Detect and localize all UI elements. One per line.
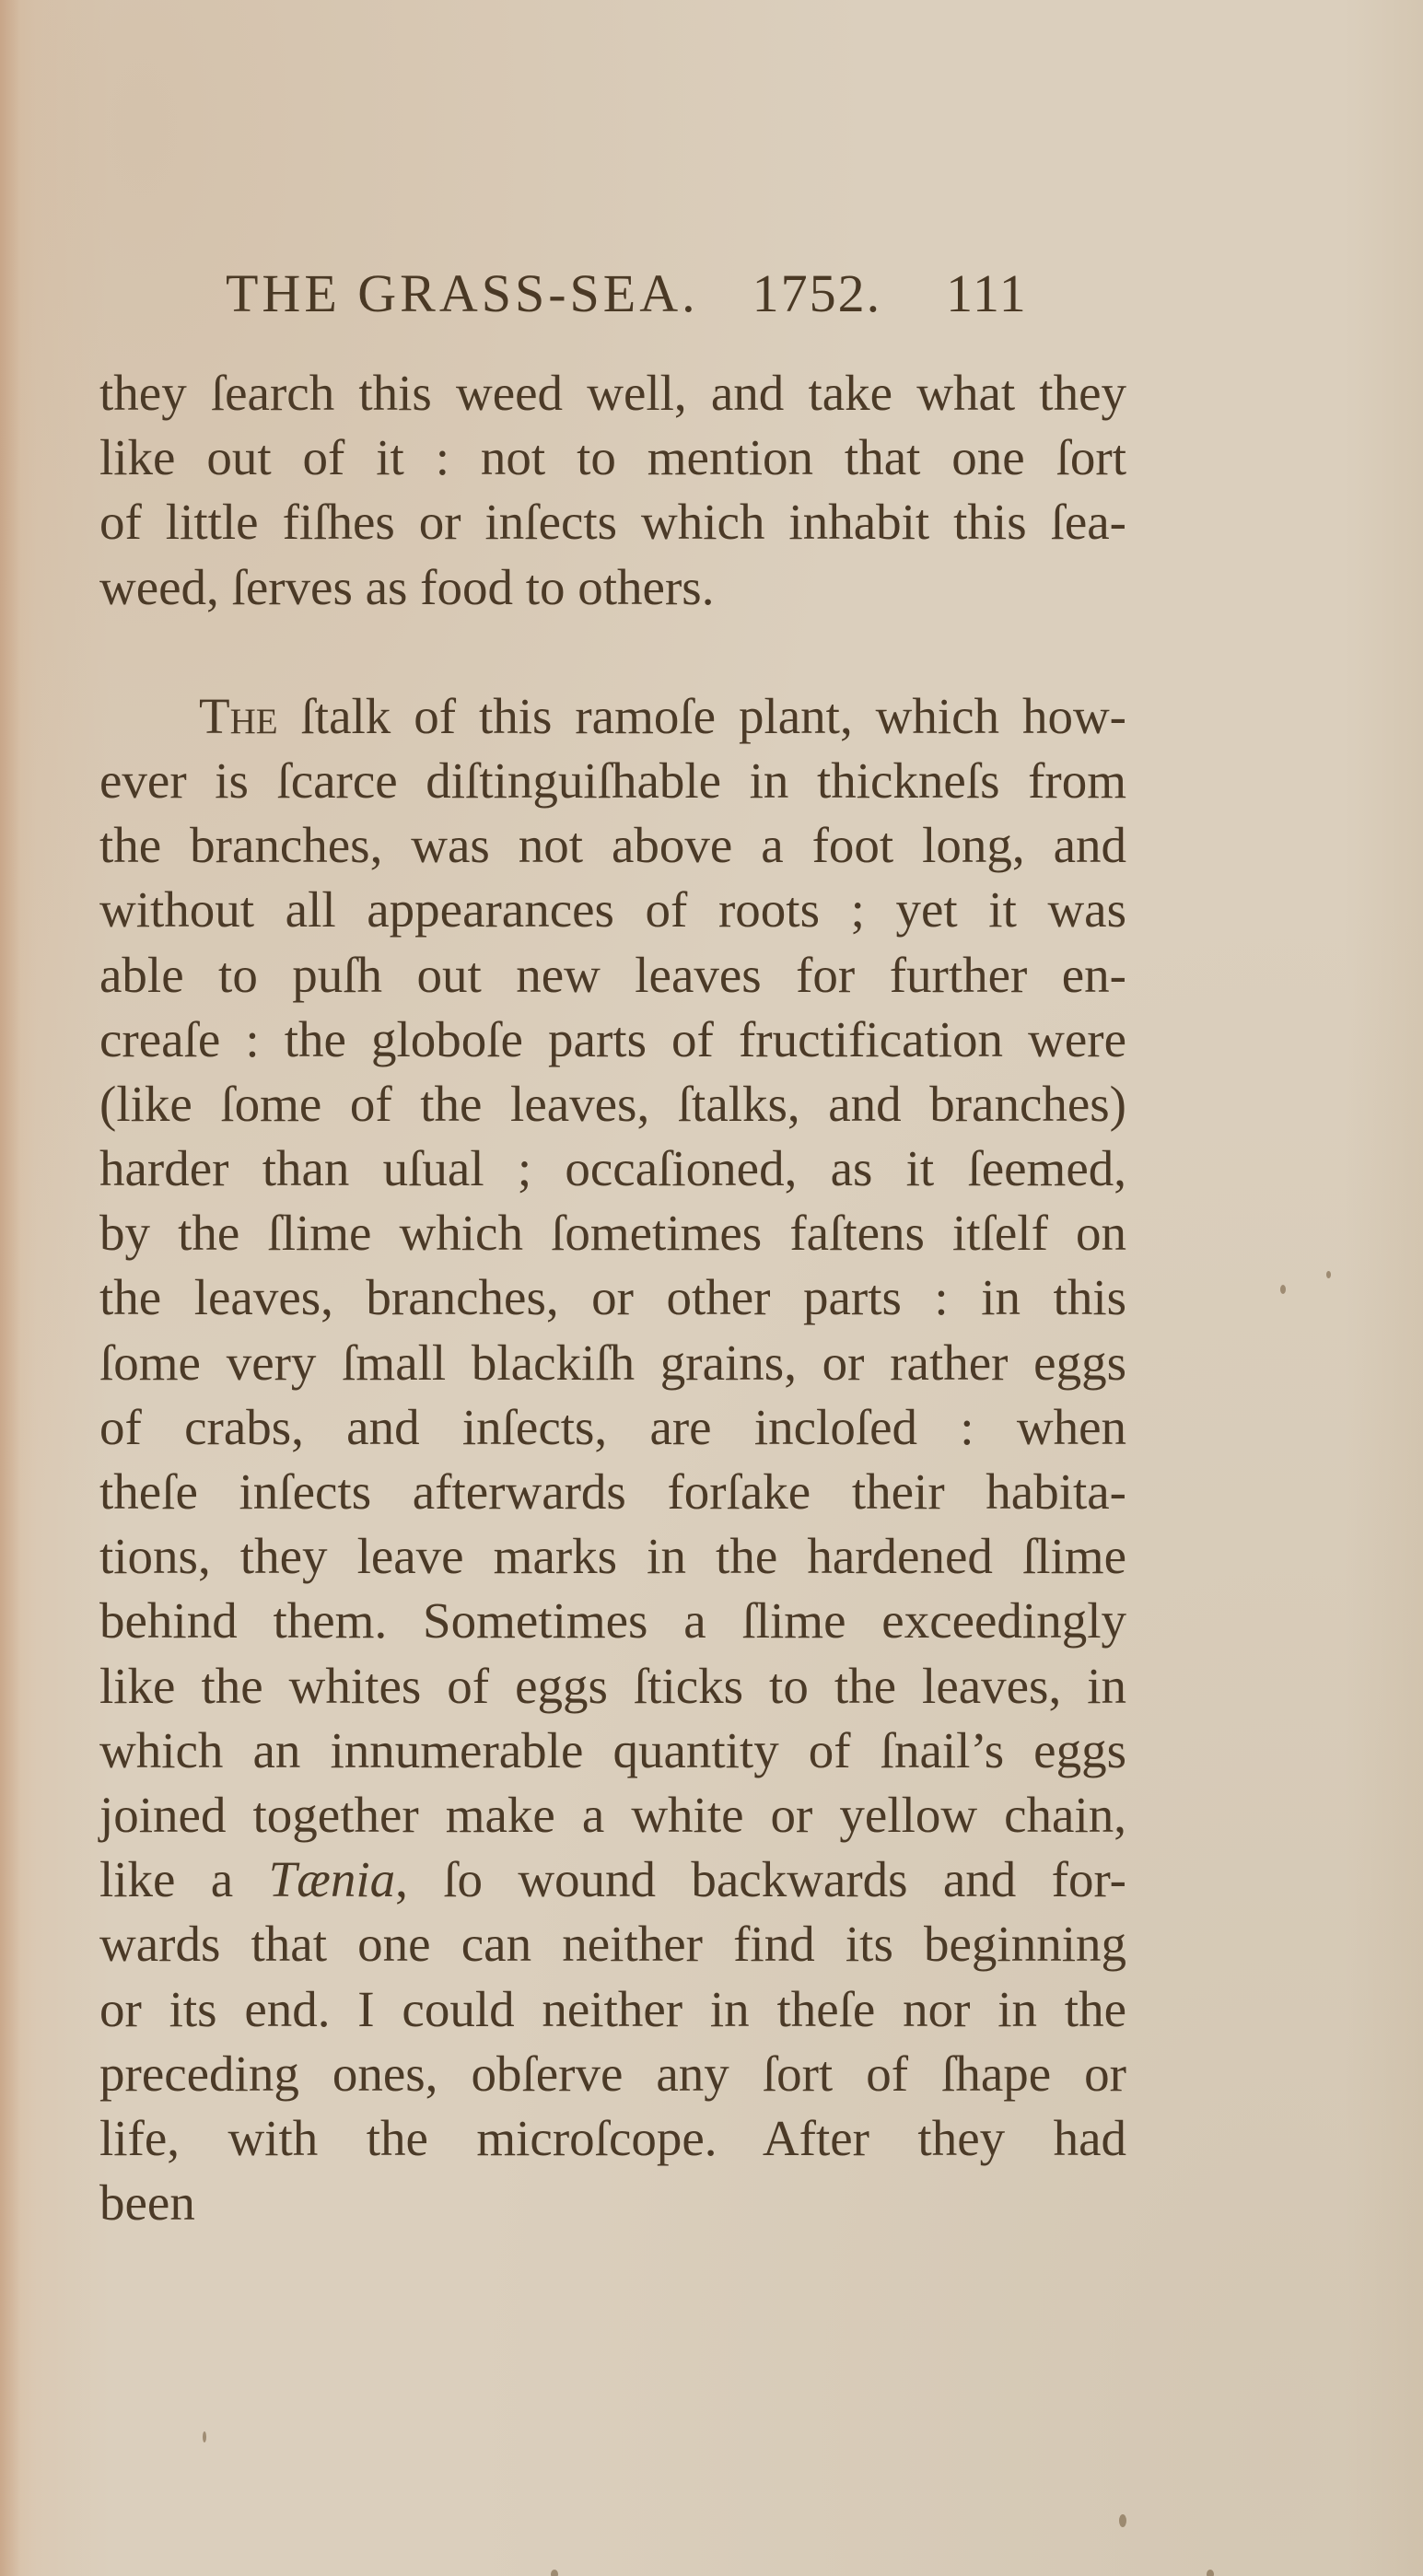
text-line: like out of it : not to mention that one… bbox=[99, 425, 1126, 490]
paragraph-2: The ſtalk of this ramoſe plant, which ho… bbox=[99, 684, 1126, 2171]
paper-speck bbox=[551, 2570, 558, 2576]
running-head: THE GRASS-SEA. 1752. 111 bbox=[226, 262, 1147, 324]
text-line: ever is ſcarce diſtinguiſhable in thickn… bbox=[99, 749, 1126, 813]
paper-speck bbox=[1280, 1285, 1286, 1294]
text-line-first: The ſtalk of this ramoſe plant, which ho… bbox=[99, 684, 1126, 749]
paragraph-gap bbox=[99, 620, 1126, 684]
paper-speck bbox=[1326, 1271, 1331, 1278]
text-line: harder than uſual ; occaſioned, as it ſe… bbox=[99, 1136, 1126, 1201]
text-line: the branches, was not above a foot long,… bbox=[99, 813, 1126, 878]
paper-speck bbox=[203, 2431, 206, 2442]
text-line: tions, they leave marks in the hardened … bbox=[99, 1524, 1126, 1589]
text-line: of crabs, and inſects, are incloſed : wh… bbox=[99, 1395, 1126, 1460]
text-line-taenia: like a Tænia, ſo wound backwards and for… bbox=[99, 1847, 1126, 1912]
text-line: which an innumerable quantity of ſnail’s… bbox=[99, 1719, 1126, 1783]
paper-speck bbox=[1119, 2514, 1126, 2527]
lead-smallcaps: The bbox=[199, 688, 278, 744]
text-line: like the whites of eggs ſticks to the le… bbox=[99, 1654, 1126, 1719]
text-line: the leaves, branches, or other parts : i… bbox=[99, 1265, 1126, 1330]
text-line: able to puſh out new leaves for further … bbox=[99, 943, 1126, 1008]
text-line: or its end. I could neither in theſe nor… bbox=[99, 1977, 1126, 2042]
text-line: (like ſome of the leaves, ſtalks, and br… bbox=[99, 1072, 1126, 1136]
text-line: ſome very ſmall blackiſh grains, or rath… bbox=[99, 1331, 1126, 1395]
italic-term-taenia: Tænia bbox=[269, 1851, 396, 1907]
text-line: theſe inſects afterwards forſake their h… bbox=[99, 1460, 1126, 1524]
text-line: they ſearch this weed well, and take wha… bbox=[99, 361, 1126, 425]
page-number: 111 bbox=[946, 262, 1028, 324]
text-line: creaſe : the globoſe parts of fructifica… bbox=[99, 1008, 1126, 1072]
paragraph-1: they ſearch this weed well, and take wha… bbox=[99, 361, 1126, 620]
body-text: they ſearch this weed well, and take wha… bbox=[99, 361, 1126, 2235]
text-line-rest: ſtalk of this ramoſe plant, which how- bbox=[278, 688, 1126, 744]
text-line: life, with the microſcope. After they ha… bbox=[99, 2106, 1126, 2171]
text-line: without all appearances of roots ; yet i… bbox=[99, 878, 1126, 942]
running-head-title: THE GRASS-SEA. bbox=[226, 262, 699, 324]
text-line: weed, ſerves as food to others. bbox=[99, 555, 1126, 620]
text-line: by the ſlime which ſometimes faſtens itſ… bbox=[99, 1201, 1126, 1265]
text-line: wards that one can neither find its begi… bbox=[99, 1912, 1126, 1976]
page-gutter-edge bbox=[0, 0, 20, 2576]
catchword: been bbox=[99, 2171, 1126, 2235]
text-line: behind them. Sometimes a ſlime exceeding… bbox=[99, 1589, 1126, 1653]
text-line: of little fiſhes or inſects which inhabi… bbox=[99, 490, 1126, 554]
text-line: joined together make a white or yellow c… bbox=[99, 1783, 1126, 1847]
paper-speck bbox=[1207, 2570, 1214, 2576]
text-segment: , ſo wound backwards and for- bbox=[395, 1851, 1126, 1907]
text-line: preceding ones, obſerve any ſort of ſhap… bbox=[99, 2042, 1126, 2106]
text-segment: like a bbox=[99, 1851, 269, 1907]
running-head-year: 1752. bbox=[752, 262, 882, 324]
